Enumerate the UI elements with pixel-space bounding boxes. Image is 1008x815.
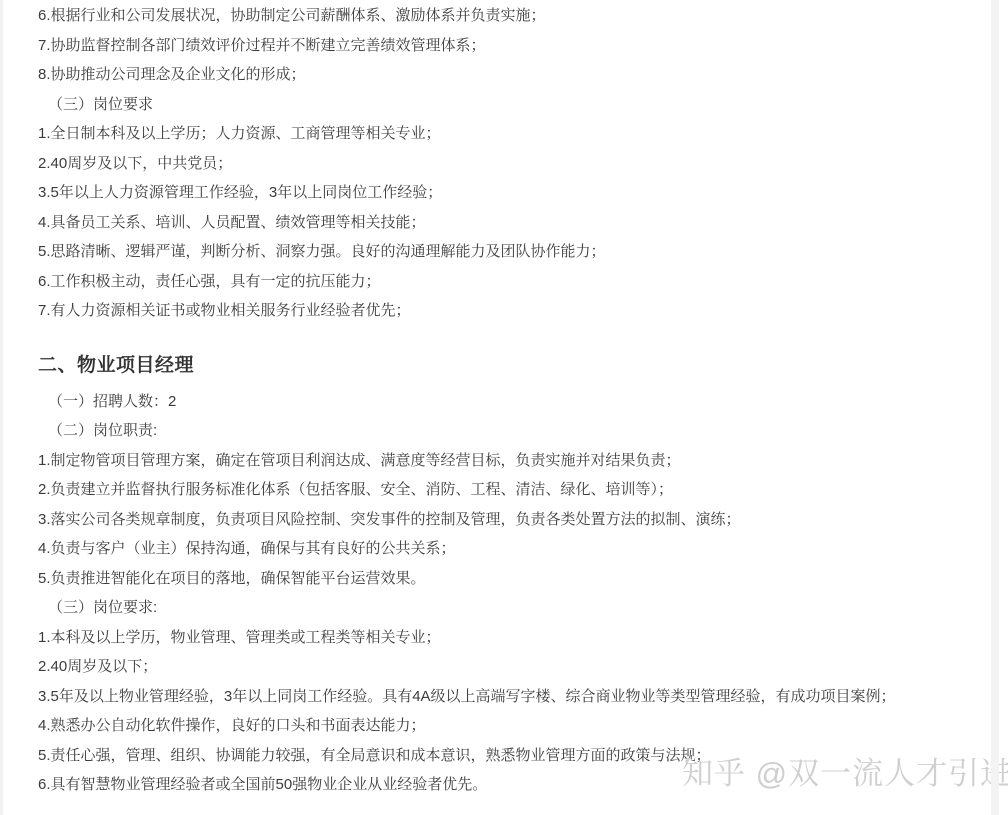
pm-requirement-item: 2.40周岁及以下； [38,657,983,678]
section-title-property-manager: 二、物业项目经理 [38,350,983,377]
pm-requirement-item: 4.熟悉办公自动化软件操作，良好的口头和书面表达能力； [38,716,983,737]
headcount-line: （一）招聘人数：2 [38,392,983,413]
hr-requirements-heading: （三）岗位要求 [38,95,983,116]
hr-requirement-item: 7.有人力资源相关证书或物业相关服务行业经验者优先； [38,301,983,322]
job-posting-document: 6.根据行业和公司发展状况，协助制定公司薪酬体系、激励体系并负责实施； 7.协助… [38,6,983,805]
pm-duty-item: 4.负责与客户（业主）保持沟通，确保与其有良好的公共关系； [38,539,983,560]
pm-requirement-item: 5.责任心强，管理、组织、协调能力较强，有全局意识和成本意识，熟悉物业管理方面的… [38,746,983,767]
pm-duty-item: 1.制定物管项目管理方案，确定在管项目利润达成、满意度等经营目标，负责实施并对结… [38,451,983,472]
scrollbar-track[interactable] [991,0,999,815]
hr-requirement-item: 3.5年以上人力资源管理工作经验，3年以上同岗位工作经验； [38,183,983,204]
pm-duty-item: 3.落实公司各类规章制度，负责项目风险控制、突发事件的控制及管理，负责各类处置方… [38,510,983,531]
pm-duties-heading: （二）岗位职责: [38,421,983,442]
hr-requirement-item: 5.思路清晰、逻辑严谨，判断分析、洞察力强。良好的沟通理解能力及团队协作能力； [38,242,983,263]
hr-duty-item: 8.协助推动公司理念及企业文化的形成； [38,65,983,86]
pm-requirement-item: 1.本科及以上学历，物业管理、管理类或工程类等相关专业； [38,628,983,649]
hr-requirement-item: 1.全日制本科及以上学历；人力资源、工商管理等相关专业； [38,124,983,145]
hr-duty-item: 7.协助监督控制各部门绩效评价过程并不断建立完善绩效管理体系； [38,36,983,57]
pm-requirement-item: 6.具有智慧物业管理经验者或全国前50强物业企业从业经验者优先。 [38,775,983,796]
left-edge-divider [0,0,3,815]
job-posting-page: 6.根据行业和公司发展状况，协助制定公司薪酬体系、激励体系并负责实施； 7.协助… [0,0,1008,815]
pm-requirement-item: 3.5年及以上物业管理经验，3年以上同岗工作经验。具有4A级以上高端写字楼、综合… [38,687,983,708]
hr-requirement-item: 2.40周岁及以下，中共党员； [38,154,983,175]
pm-duty-item: 2.负责建立并监督执行服务标准化体系（包括客服、安全、消防、工程、清洁、绿化、培… [38,480,983,501]
hr-duty-item: 6.根据行业和公司发展状况，协助制定公司薪酬体系、激励体系并负责实施； [38,6,983,27]
pm-duty-item: 5.负责推进智能化在项目的落地，确保智能平台运营效果。 [38,569,983,590]
pm-requirements-heading: （三）岗位要求: [38,598,983,619]
hr-requirement-item: 6.工作积极主动，责任心强，具有一定的抗压能力； [38,272,983,293]
hr-requirement-item: 4.具备员工关系、培训、人员配置、绩效管理等相关技能； [38,213,983,234]
